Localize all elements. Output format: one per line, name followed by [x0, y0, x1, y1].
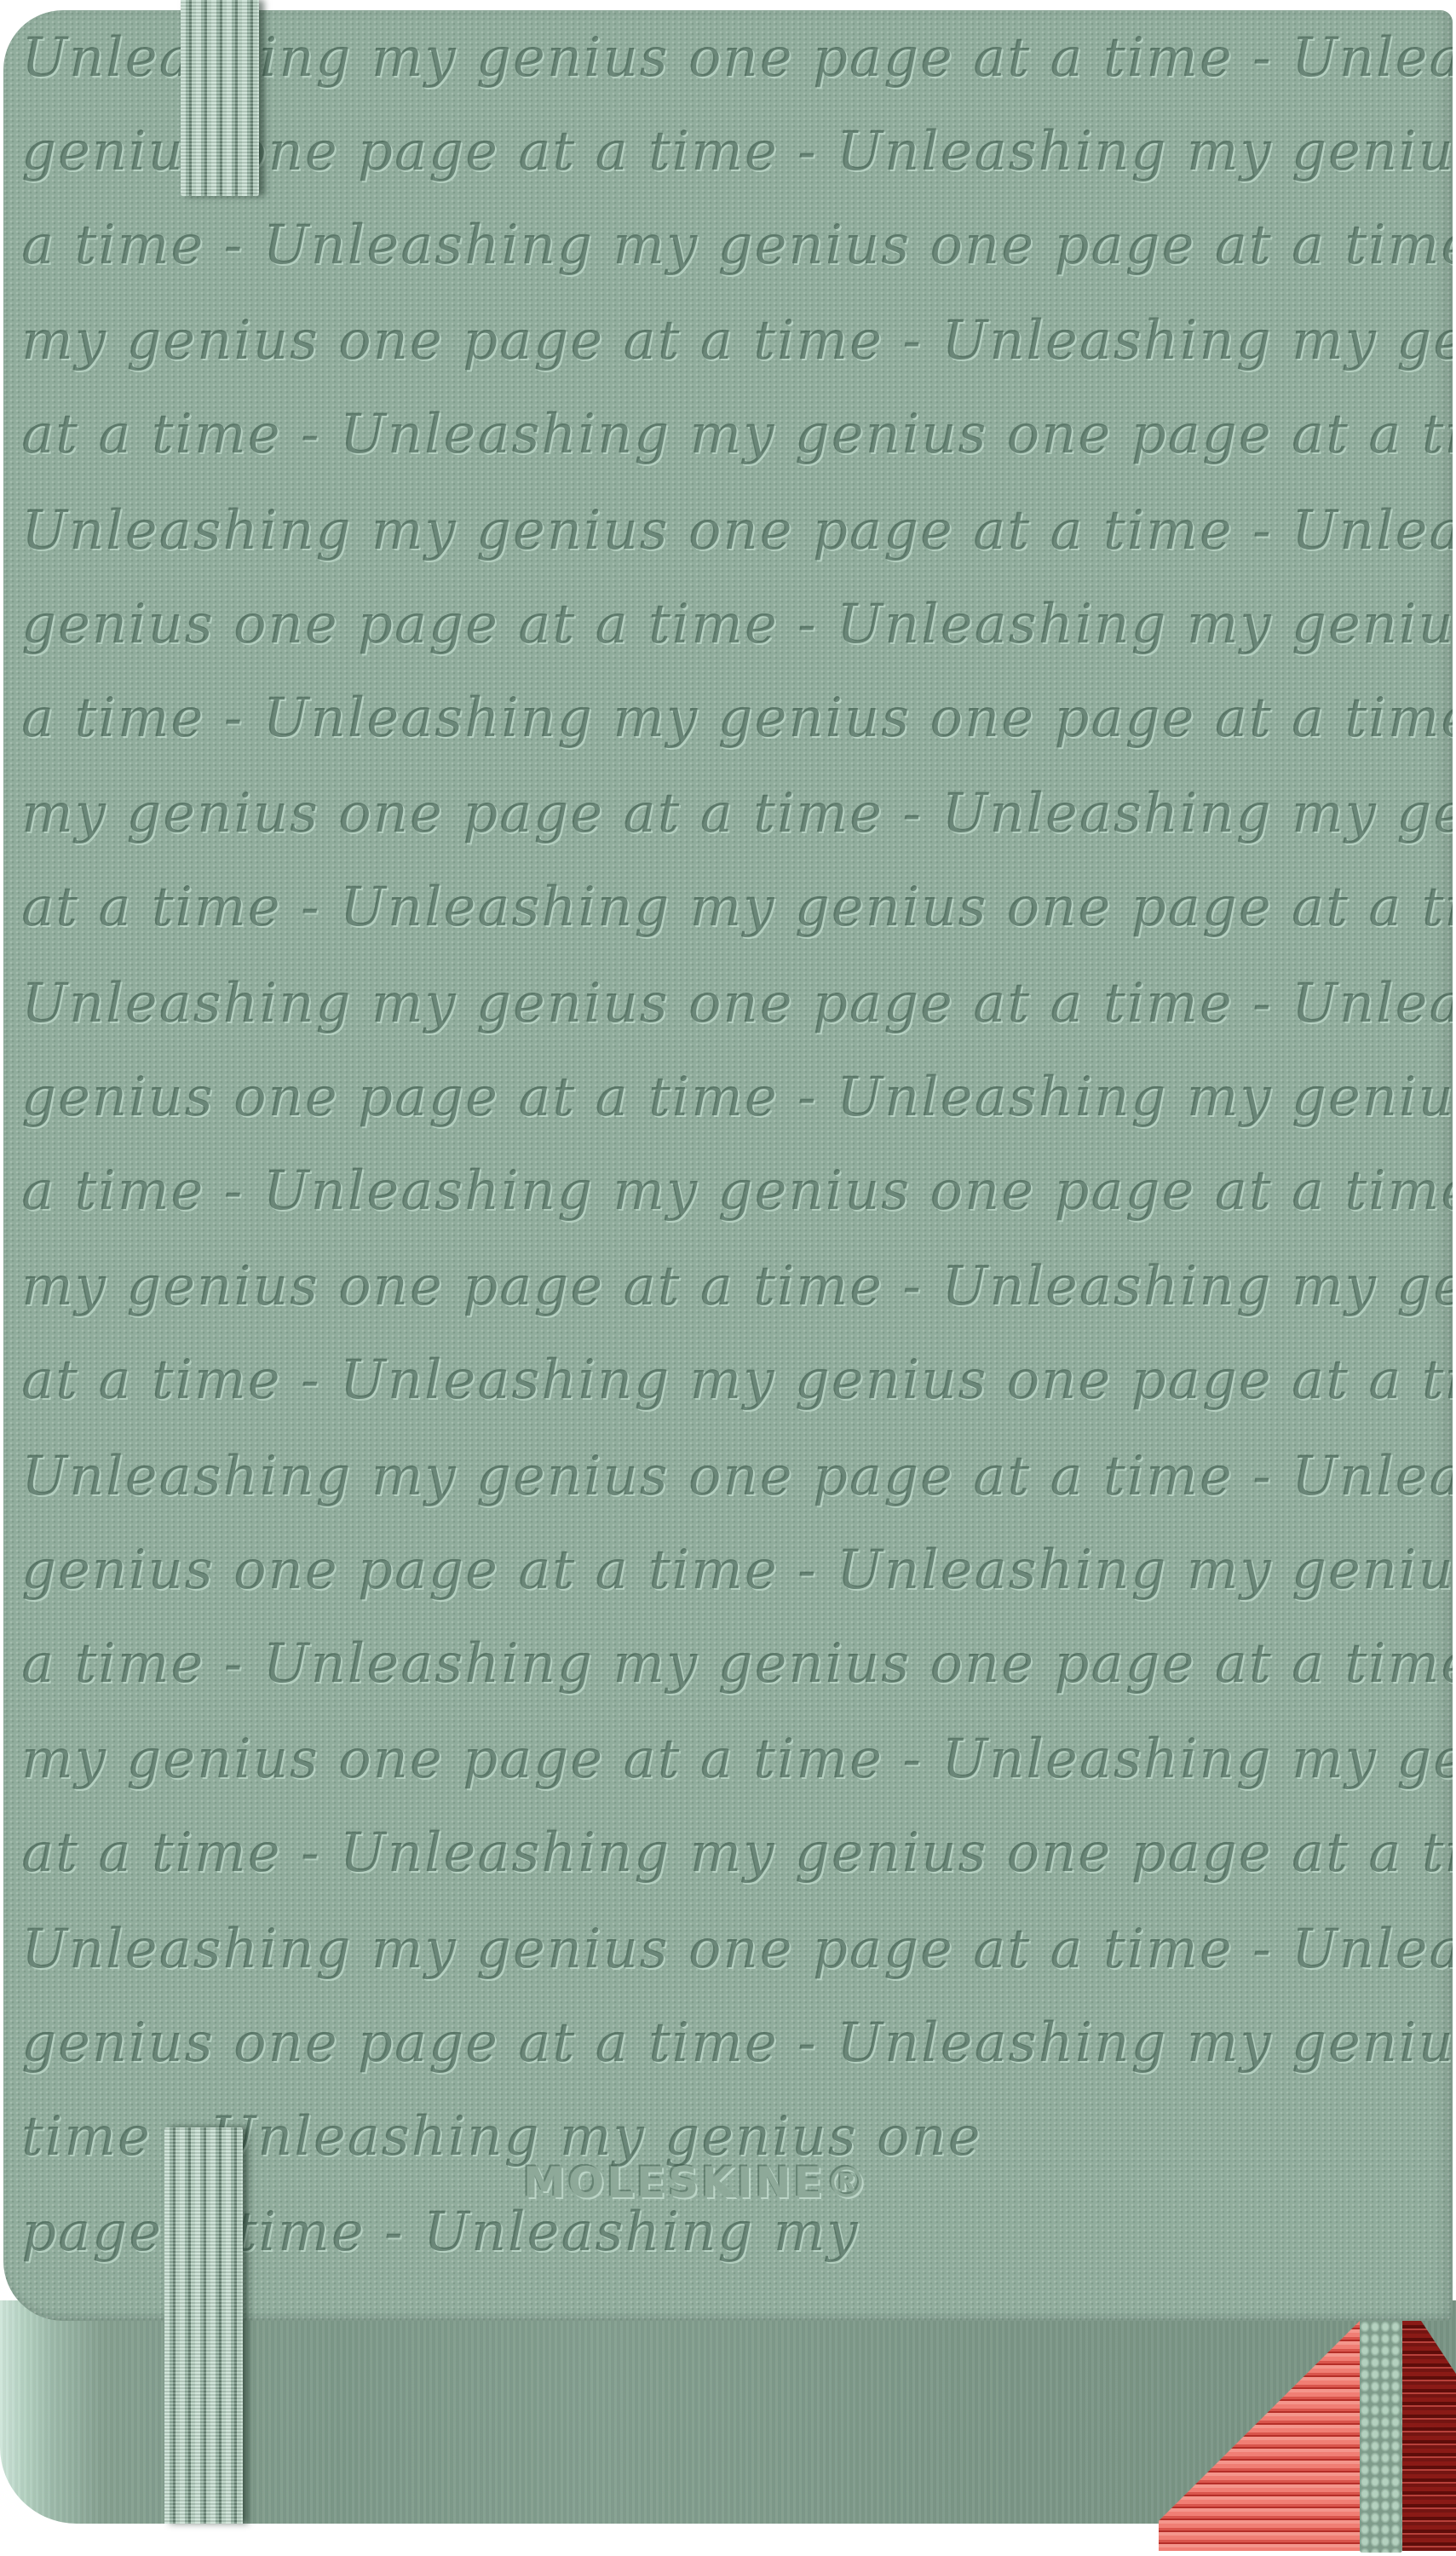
embossed-row: genius one page at a time - Unleashing m…: [22, 594, 1453, 657]
embossed-row: genius one page at a time - Unleashing m…: [22, 1540, 1453, 1603]
embossed-row: my genius one page at a time - Unleashin…: [22, 1729, 1453, 1792]
embossed-row: a time - Unleashing my genius one page a…: [22, 215, 1453, 278]
notebook-back-cover: Unleashing my genius one page at a time …: [3, 10, 1453, 2321]
embossed-row: my genius one page at a time - Unleashin…: [22, 1256, 1453, 1319]
elastic-band-top: [181, 0, 259, 196]
elastic-band-bottom: [164, 2127, 243, 2524]
embossed-row: page a time - Unleashing my: [22, 2202, 860, 2265]
embossed-row: a time - Unleashing my genius one page a…: [22, 1160, 1453, 1223]
embossed-row: at a time - Unleashing my genius one pag…: [22, 1350, 1453, 1413]
embossed-row: at a time - Unleashing my genius one pag…: [22, 877, 1453, 940]
embossed-row: Unleashing my genius one page at a time …: [22, 973, 1453, 1036]
embossed-row: my genius one page at a time - Unleashin…: [22, 310, 1453, 373]
embossed-row: a time - Unleashing my genius one page a…: [22, 1633, 1453, 1696]
embossed-row: my genius one page at a time - Unleashin…: [22, 783, 1453, 846]
moleskine-logo: MOLESKINE®: [523, 2159, 966, 2207]
embossed-row: at a time - Unleashing my genius one pag…: [22, 1822, 1453, 1885]
embossed-script-pattern: Unleashing my genius one page at a time …: [3, 10, 1453, 2321]
embossed-row: genius one page at a time - Unleashing m…: [22, 2012, 1453, 2075]
embossed-row: Unleashing my genius one page at a time …: [22, 500, 1453, 563]
embossed-row: a time - Unleashing my genius one page a…: [22, 688, 1453, 751]
embossed-row: genius one page at a time - Unleashing m…: [22, 1067, 1453, 1130]
embossed-row: Unleashing my genius one page at a time …: [22, 1446, 1453, 1509]
bookmark-ribbon: [1360, 2321, 1402, 2553]
embossed-row: Unleashing my genius one page at a time …: [22, 1919, 1453, 1982]
embossed-row: at a time - Unleashing my genius one pag…: [22, 404, 1453, 467]
